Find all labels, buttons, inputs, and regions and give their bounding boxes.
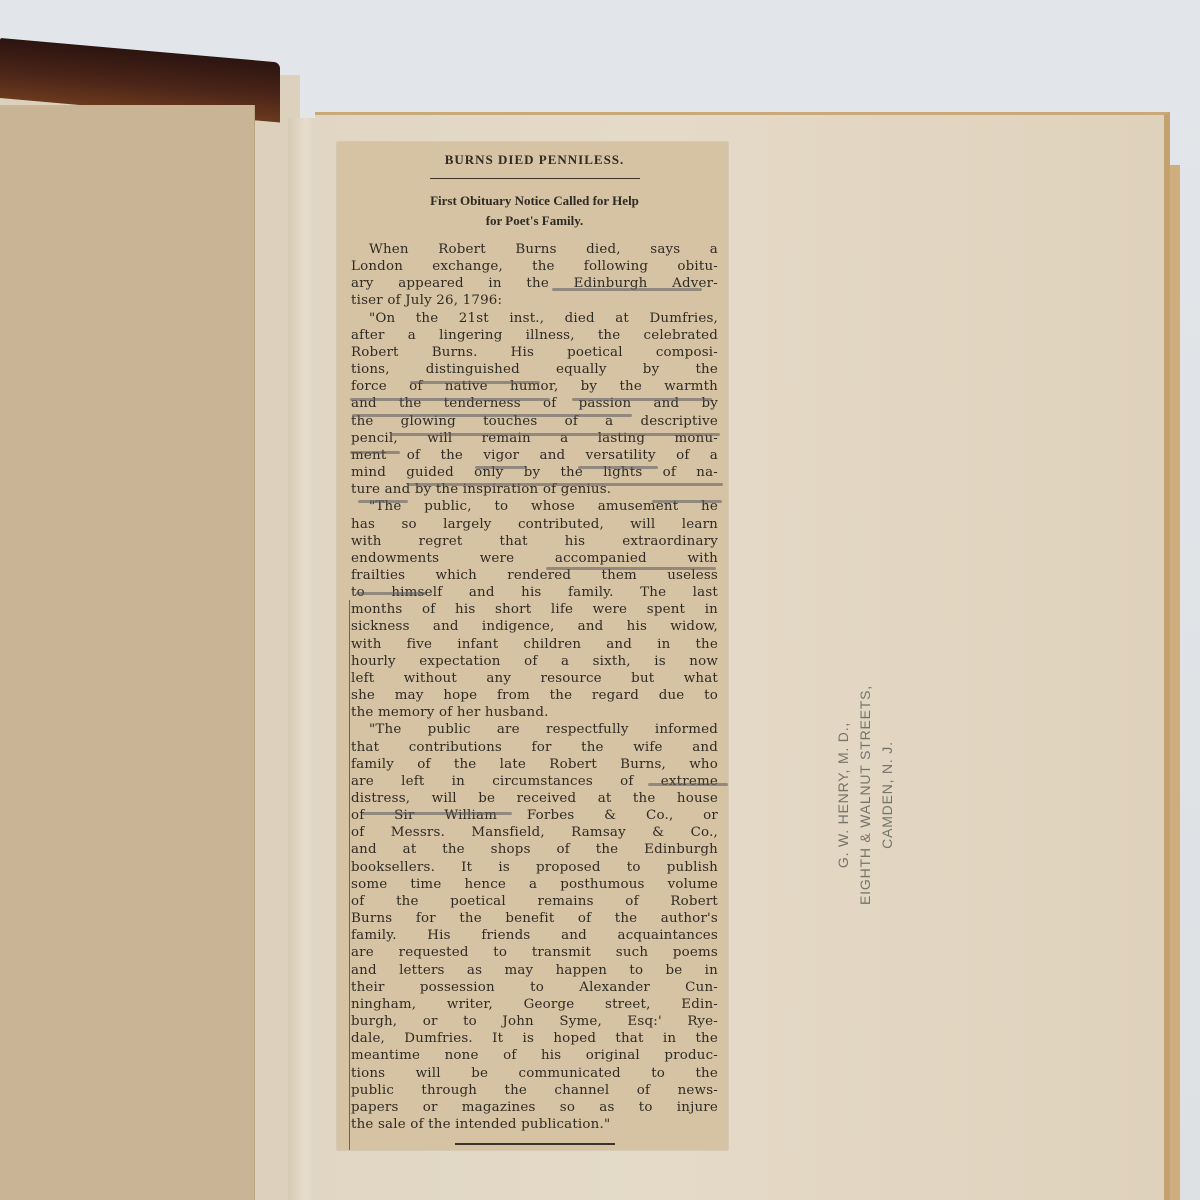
clipping-line: ningham, writer, George street, Edin- <box>351 996 718 1013</box>
clipping-line: "The public are respectfully informed <box>351 721 718 738</box>
pencil-underline <box>546 567 716 570</box>
clipping-line: after a lingering illness, the celebrate… <box>351 327 718 344</box>
clipping-line: burgh, or to John Syme, Esq:' Rye- <box>351 1013 718 1030</box>
clipping-line: mind guided only by the lights of na- <box>351 464 718 481</box>
page-edge <box>1170 165 1180 1200</box>
pencil-underline <box>408 483 723 486</box>
clipping-headline: BURNS DIED PENNILESS. <box>351 152 718 168</box>
clipping-line: tions will be communicated to the <box>351 1065 718 1082</box>
headline-rule <box>430 178 640 179</box>
clipping-line: dale, Dumfries. It is hoped that in the <box>351 1030 718 1047</box>
owner-stamp: G. W. HENRY, M. D., EIGHTH & WALNUT STRE… <box>832 665 898 925</box>
clipping-body: When Robert Burns died, says aLondon exc… <box>351 241 718 1133</box>
clipping-line: and at the shops of the Edinburgh <box>351 841 718 858</box>
clipping-line: meantime none of his original produc- <box>351 1047 718 1064</box>
clipping-line: When Robert Burns died, says a <box>351 241 718 258</box>
clipping-line: and letters as may happen to be in <box>351 962 718 979</box>
clipping-line: tiser of July 26, 1796: <box>351 292 718 309</box>
clipping-line: papers or magazines so as to injure <box>351 1099 718 1116</box>
clipping-line: some time hence a posthumous volume <box>351 876 718 893</box>
clipping-line: of Messrs. Mansfield, Ramsay & Co., <box>351 824 718 841</box>
clipping-line: she may hope from the regard due to <box>351 687 718 704</box>
pencil-underline <box>350 451 400 454</box>
clipping-line: hourly expectation of a sixth, is now <box>351 653 718 670</box>
clipping-line: endowments were accompanied with <box>351 550 718 567</box>
clipping-line: "On the 21st inst., died at Dumfries, <box>351 310 718 327</box>
clipping-line: of the poetical remains of Robert <box>351 893 718 910</box>
clipping-line: sickness and indigence, and his widow, <box>351 618 718 635</box>
pencil-underline <box>475 466 525 469</box>
clipping-line: that contributions for the wife and <box>351 739 718 756</box>
clipping-line: months of his short life were spent in <box>351 601 718 618</box>
pencil-underline <box>572 398 712 401</box>
clipping-line: has so largely contributed, will learn <box>351 516 718 533</box>
clipping-line: with regret that his extraordinary <box>351 533 718 550</box>
clipping-line: the sale of the intended publication." <box>351 1116 718 1133</box>
clipping-line: family of the late Robert Burns, who <box>351 756 718 773</box>
pencil-underline <box>362 812 512 815</box>
clipping-line: are left in circumstances of extreme <box>351 773 718 790</box>
clipping-line: are requested to transmit such poems <box>351 944 718 961</box>
clipping-line: the memory of her husband. <box>351 704 718 721</box>
pencil-underline <box>356 592 426 595</box>
pencil-underline <box>552 288 702 291</box>
pencil-underline <box>410 381 540 384</box>
end-rule <box>455 1143 615 1145</box>
front-pastedown <box>0 105 255 1200</box>
newspaper-clipping: BURNS DIED PENNILESS. First Obituary Not… <box>337 142 728 1150</box>
clipping-line: Robert Burns. His poetical composi- <box>351 344 718 361</box>
clipping-subheadline: First Obituary Notice Called for Help fo… <box>351 191 718 231</box>
pencil-underline <box>648 783 728 786</box>
clipping-line: their possession to Alexander Cun- <box>351 979 718 996</box>
clipping-line: of Sir William Forbes & Co., or <box>351 807 718 824</box>
pencil-underline <box>352 414 632 417</box>
clipping-line: family. His friends and acquaintances <box>351 927 718 944</box>
pencil-underline <box>652 500 722 503</box>
clipping-line: distress, will be received at the house <box>351 790 718 807</box>
clipping-line: booksellers. It is proposed to publish <box>351 859 718 876</box>
pencil-margin-line <box>349 600 350 1150</box>
clipping-line: Burns for the benefit of the author's <box>351 910 718 927</box>
clipping-line: with five infant children and in the <box>351 636 718 653</box>
clipping-line: ment of the vigor and versatility of a <box>351 447 718 464</box>
clipping-line: left without any resource but what <box>351 670 718 687</box>
clipping-line: London exchange, the following obitu- <box>351 258 718 275</box>
pencil-underline <box>350 398 550 401</box>
clipping-line: public through the channel of news- <box>351 1082 718 1099</box>
pencil-underline <box>358 500 408 503</box>
pencil-underline <box>390 433 720 436</box>
clipping-line: tions, distinguished equally by the <box>351 361 718 378</box>
pencil-underline <box>578 466 658 469</box>
